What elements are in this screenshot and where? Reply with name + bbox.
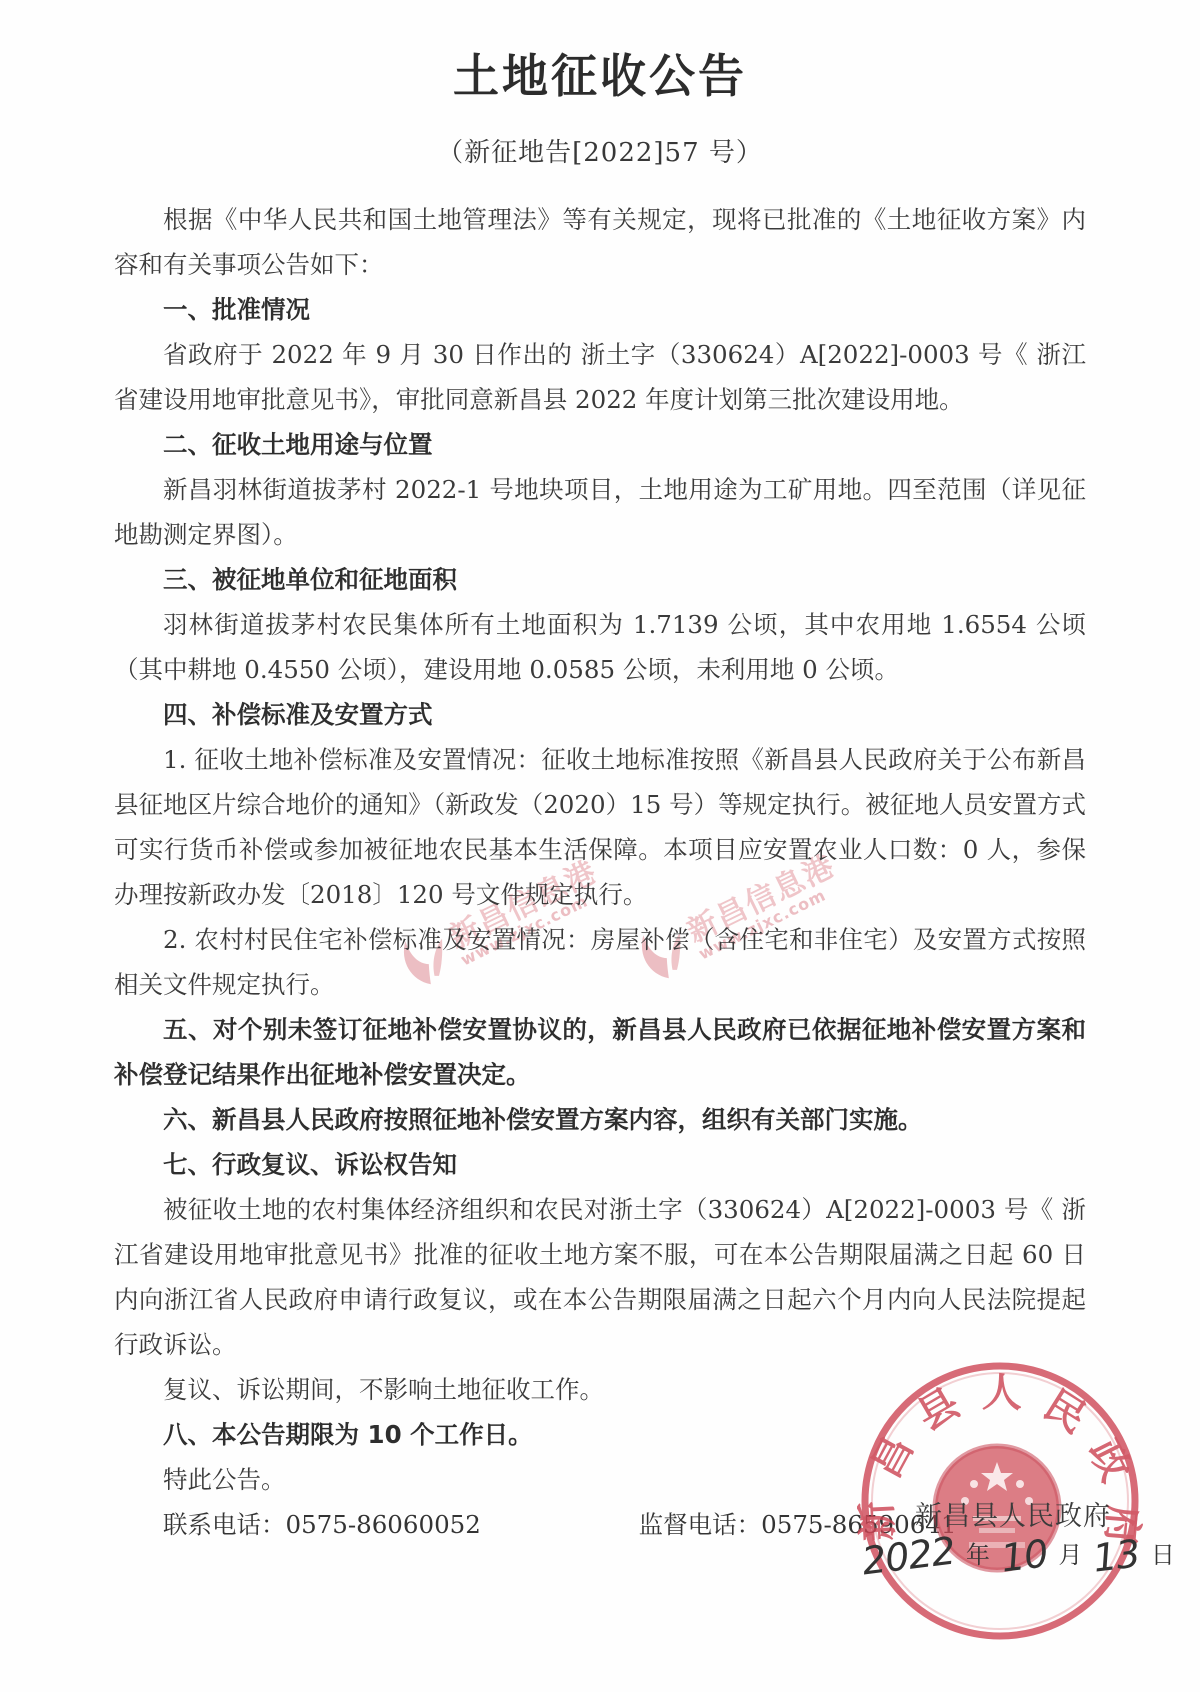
section-5-paragraph: 五、对个别未签订征地补偿安置协议的，新昌县人民政府已依据征地补偿安置方案和补偿登… [114, 1007, 1086, 1097]
section-7-paragraph: 被征收土地的农村集体经济组织和农民对浙土字（330624）A[2022]-000… [114, 1187, 1086, 1367]
section-2-paragraph: 新昌羽林街道拔茅村 2022-1 号地块项目，土地用途为工矿用地。四至范围（详见… [114, 467, 1086, 557]
document-number: （新征地告[2022]57 号） [114, 132, 1086, 169]
section-1-heading: 一、批准情况 [114, 287, 1086, 332]
signature-date-year-unit: 年 [966, 1535, 990, 1570]
section-6-paragraph: 六、新昌县人民政府按照征地补偿安置方案内容，组织有关部门实施。 [114, 1097, 1086, 1142]
signature-date-month-unit: 月 [1058, 1535, 1082, 1570]
section-3-paragraph: 羽林街道拔茅村农民集体所有土地面积为 1.7139 公顷，其中农用地 1.655… [114, 602, 1086, 692]
section-2-heading: 二、征收土地用途与位置 [114, 422, 1086, 467]
section-4-heading: 四、补偿标准及安置方式 [114, 692, 1086, 737]
section-4-item-1: 1. 征收土地补偿标准及安置情况：征收土地标准按照《新昌县人民政府关于公布新昌县… [114, 737, 1086, 917]
signature-date: 2022 年 10 月 13 日 [862, 1534, 1181, 1578]
announcement-page: 新昌信息港 www.zjxc.com 新昌信息港 www.zjxc.com 土地… [0, 0, 1200, 1692]
signature-date-month: 10 [998, 1531, 1049, 1580]
signature-date-day: 13 [1091, 1531, 1142, 1580]
section-4-item-2: 2. 农村村民住宅补偿标准及安置情况：房屋补偿（含住宅和非住宅）及安置方式按照相… [114, 917, 1086, 1007]
signature-org: 新昌县人民政府 [915, 1494, 1111, 1533]
signature-date-day-unit: 日 [1151, 1535, 1175, 1570]
intro-paragraph: 根据《中华人民共和国土地管理法》等有关规定，现将已批准的《土地征收方案》内容和有… [114, 197, 1086, 287]
contact-phone: 联系电话：0575-86060052 [163, 1510, 481, 1539]
section-7-heading: 七、行政复议、诉讼权告知 [114, 1142, 1086, 1187]
document-body: 土地征收公告 （新征地告[2022]57 号） 根据《中华人民共和国土地管理法》… [114, 40, 1086, 1547]
section-3-heading: 三、被征地单位和征地面积 [114, 557, 1086, 602]
section-1-paragraph: 省政府于 2022 年 9 月 30 日作出的 浙土字（330624）A[202… [114, 332, 1086, 422]
signature-date-year: 2022 [860, 1529, 957, 1584]
page-title: 土地征收公告 [114, 40, 1086, 106]
